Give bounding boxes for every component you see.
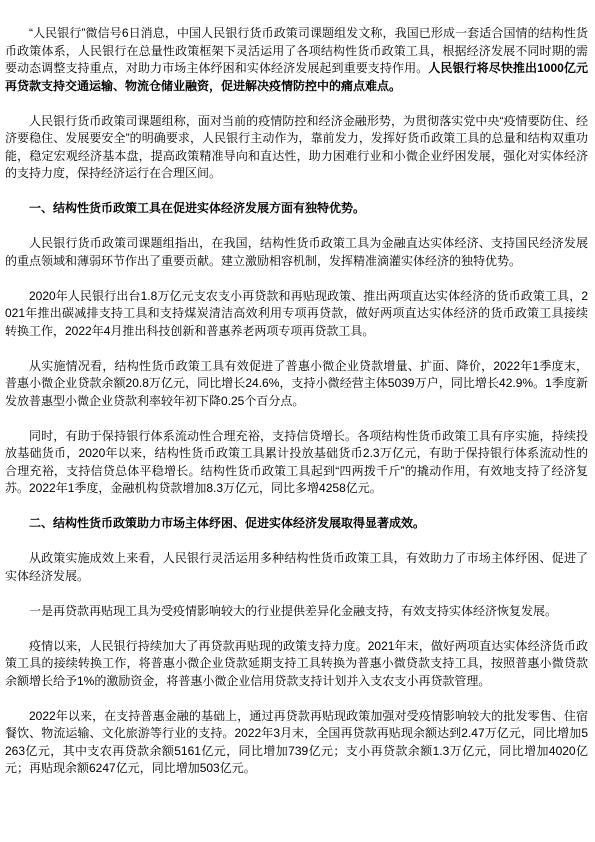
paragraph-effectiveness-text: 从政策实施成效上来看，人民银行灵活运用多种结构性货币政策工具，有效助力了市场主体… (5, 551, 588, 583)
paragraph-policy-context-text: 人民银行货币政策司课题组称，面对当前的疫情防控和经济金融形势，为贯彻落实党中央“… (5, 114, 588, 181)
paragraph-tools-timeline: 2020年人民银行出台1.8万亿元支农支小再贷款和再贴现政策、推出两项直达实体经… (5, 288, 588, 341)
paragraph-policy-context: 人民银行货币政策司课题组称，面对当前的疫情防控和经济金融形势，为贯彻落实党中央“… (5, 113, 588, 183)
section-heading-1-text: 一、结构性货币政策工具在促进实体经济发展方面有独特优势。 (29, 201, 365, 215)
paragraph-implementation-results-text: 从实施情况看，结构性货币政策工具有效促进了普惠小微企业贷款增量、扩面、降价，20… (5, 359, 588, 408)
paragraph-unique-advantage: 人民银行货币政策司课题组指出，在我国，结构性货币政策工具为金融直达实体经济、支持… (5, 235, 588, 270)
paragraph-implementation-results: 从实施情况看，结构性货币政策工具有效促进了普惠小微企业贷款增量、扩面、降价，20… (5, 358, 588, 411)
section-heading-2: 二、结构性货币政策助力市场主体纾困、促进实体经济发展取得显著成效。 (5, 515, 588, 533)
paragraph-unique-advantage-text: 人民银行货币政策司课题组指出，在我国，结构性货币政策工具为金融直达实体经济、支持… (5, 236, 588, 268)
section-heading-1: 一、结构性货币政策工具在促进实体经济发展方面有独特优势。 (5, 200, 588, 218)
paragraph-liquidity-text: 同时，有助于保持银行体系流动性合理充裕，支持信贷增长。各项结构性货币政策工具有序… (5, 429, 588, 496)
paragraph-relending-support-text: 疫情以来，人民银行持续加大了再贷款再贴现的政策支持力度。2021年末，做好两项直… (5, 639, 588, 688)
paragraph-tools-timeline-text: 2020年人民银行出台1.8万亿元支农支小再贷款和再贴现政策、推出两项直达实体经… (5, 289, 588, 338)
paragraph-2022-figures-text: 2022年以来，在支持普惠金融的基础上，通过再贷款再贴现政策加强对受疫情影响较大… (5, 709, 588, 776)
paragraph-liquidity: 同时，有助于保持银行体系流动性合理充裕，支持信贷增长。各项结构性货币政策工具有序… (5, 428, 588, 498)
paragraph-relending-support: 疫情以来，人民银行持续加大了再贷款再贴现的政策支持力度。2021年末，做好两项直… (5, 638, 588, 691)
paragraph-effectiveness: 从政策实施成效上来看，人民银行灵活运用多种结构性货币政策工具，有效助力了市场主体… (5, 550, 588, 585)
document-page: “人民银行”微信号6日消息，中国人民银行货币政策司课题组发文称，我国已形成一套适… (0, 0, 595, 842)
paragraph-2022-figures: 2022年以来，在支持普惠金融的基础上，通过再贷款再贴现政策加强对受疫情影响较大… (5, 708, 588, 778)
paragraph-point-one-text: 一是再贷款再贴现工具为受疫情影响较大的行业提供差异化金融支持，有效支持实体经济恢… (29, 604, 557, 618)
paragraph-intro: “人民银行”微信号6日消息，中国人民银行货币政策司课题组发文称，我国已形成一套适… (5, 25, 588, 95)
section-heading-2-text: 二、结构性货币政策助力市场主体纾困、促进实体经济发展取得显著成效。 (29, 516, 425, 530)
paragraph-point-one: 一是再贷款再贴现工具为受疫情影响较大的行业提供差异化金融支持，有效支持实体经济恢… (5, 603, 588, 621)
